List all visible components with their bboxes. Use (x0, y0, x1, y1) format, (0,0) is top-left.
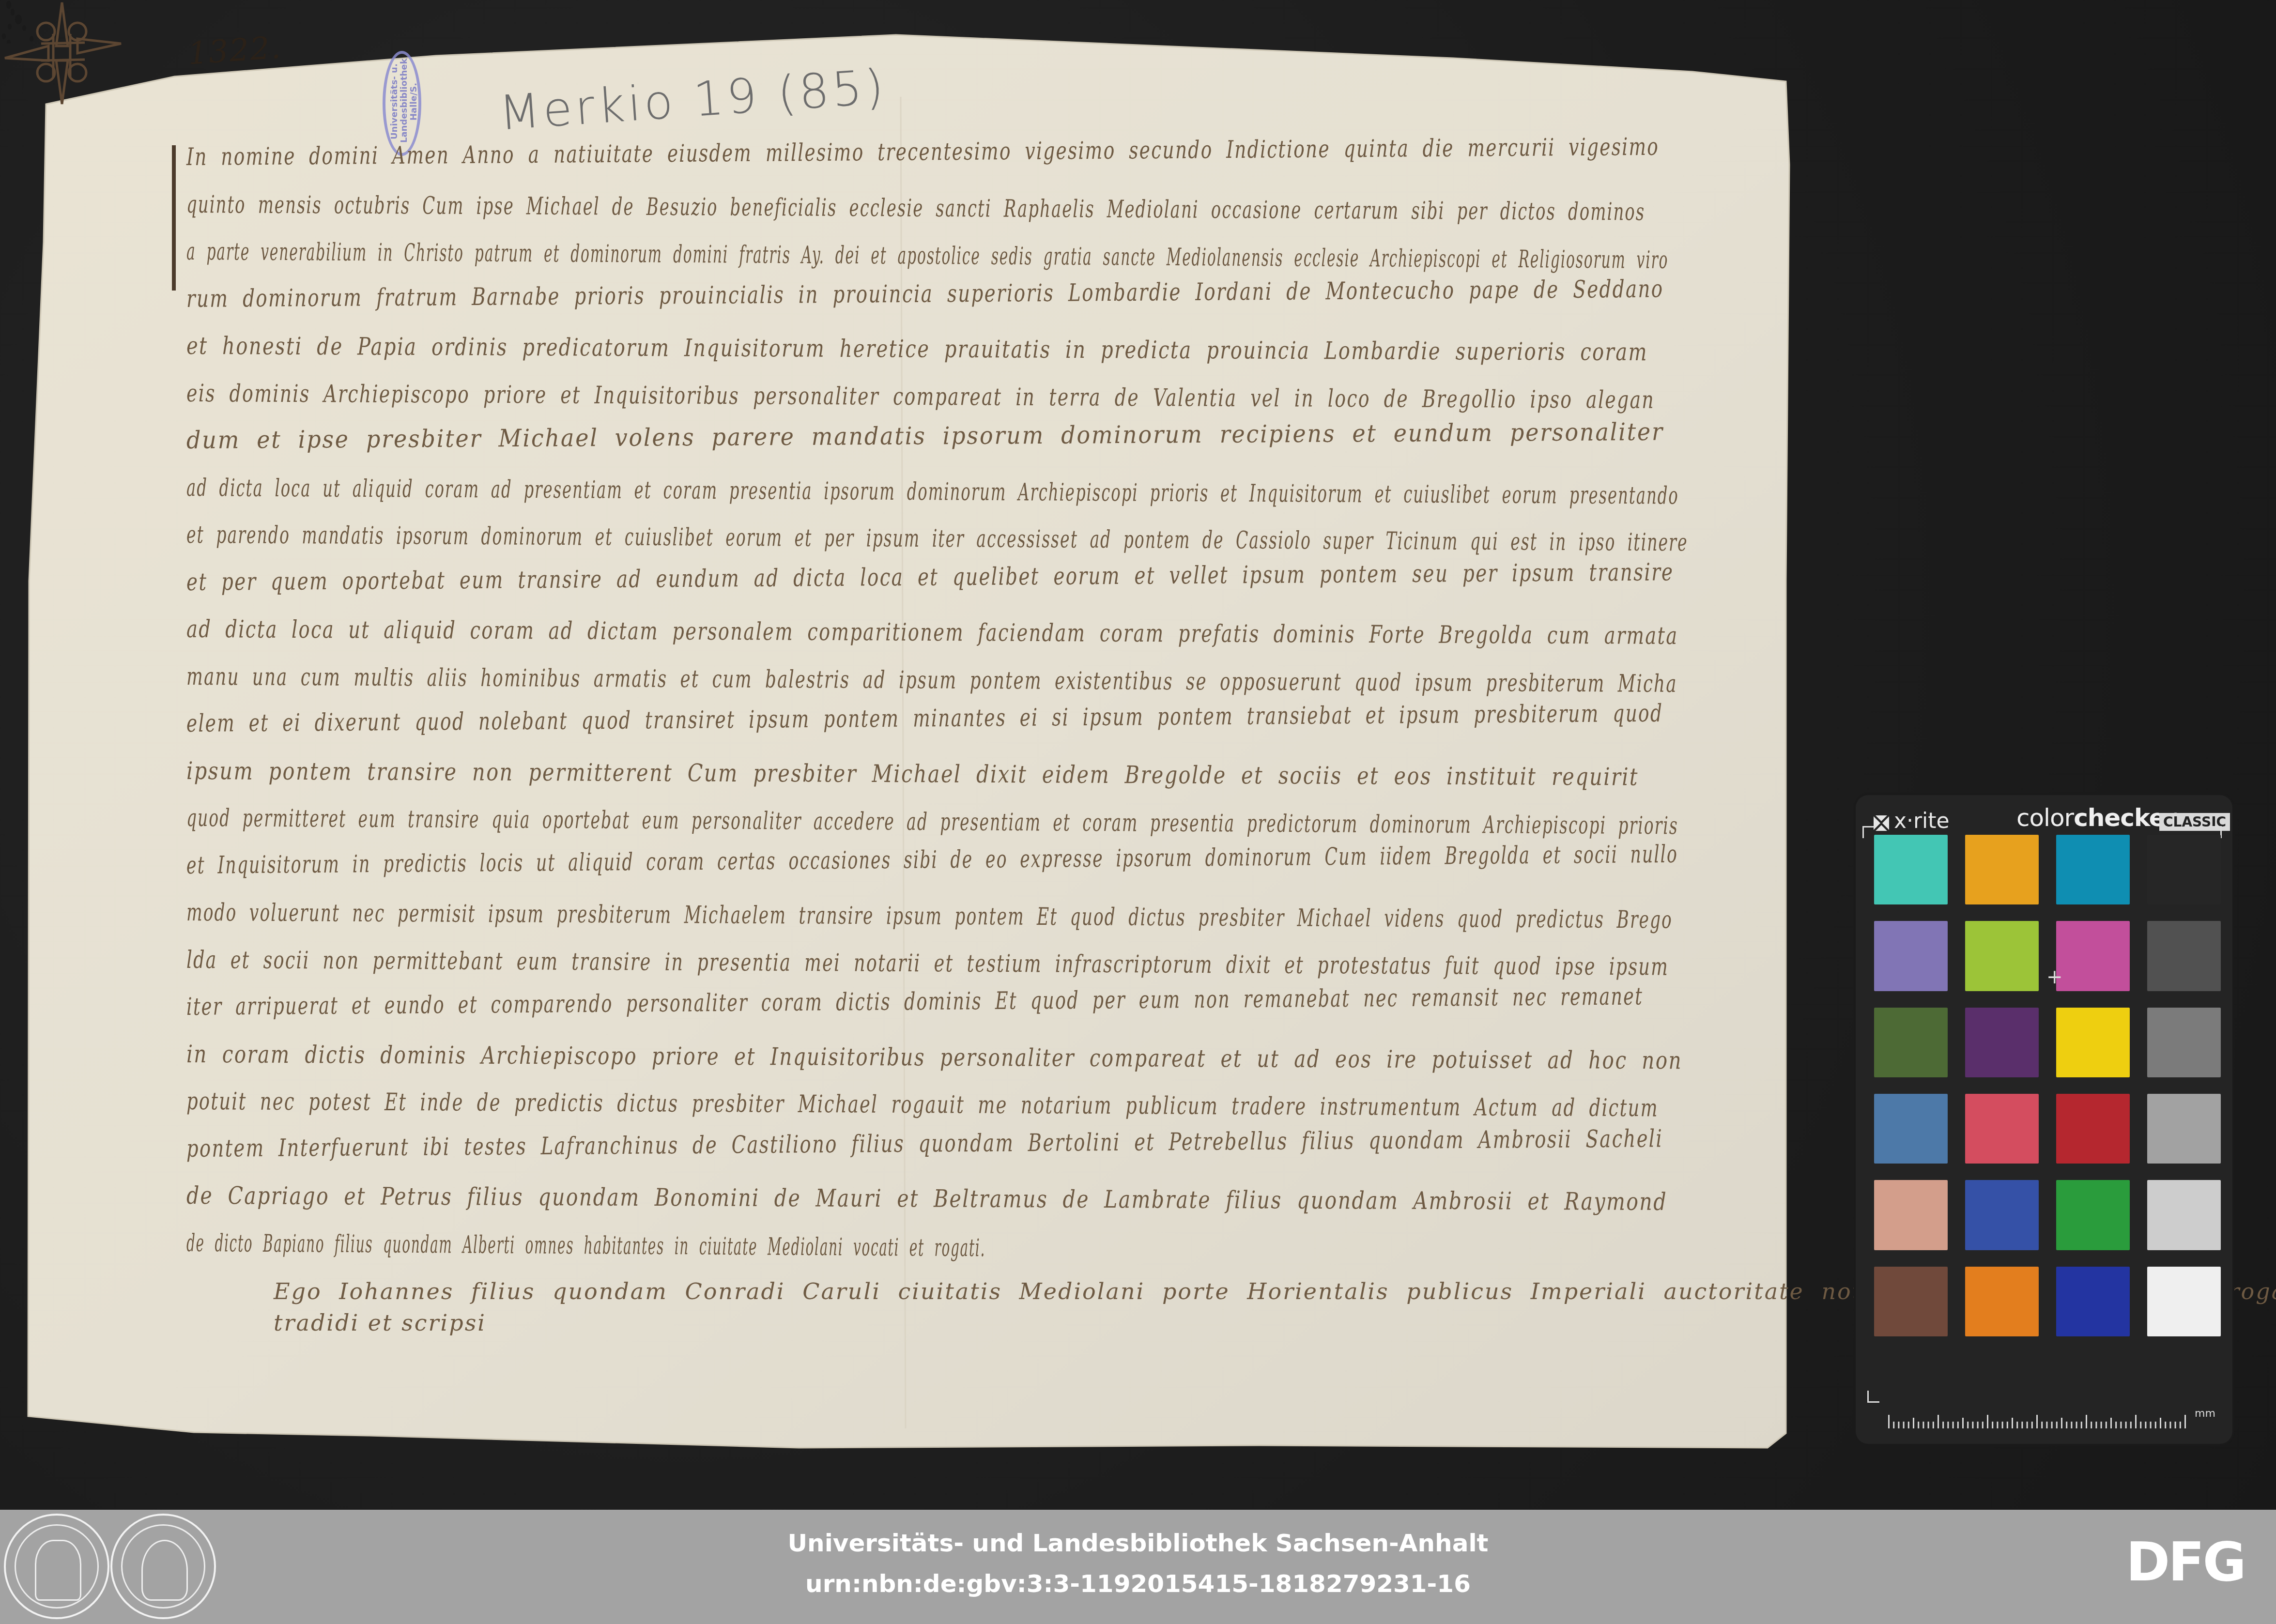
xrite-brand: x·rite (1873, 809, 1950, 833)
archival-year-note: 1322. (187, 30, 283, 72)
color-swatch (2147, 1094, 2221, 1164)
library-name: Universitäts- und Landesbibliothek Sachs… (0, 1529, 2276, 1557)
color-swatch (2056, 1267, 2130, 1336)
dfg-logo: DFG (2126, 1538, 2245, 1586)
color-swatch-grid (1874, 835, 2221, 1336)
color-swatch (1965, 1180, 2039, 1250)
color-swatch (1874, 921, 1948, 991)
color-swatch (2056, 1094, 2130, 1164)
mm-ruler (1887, 1415, 2187, 1428)
color-swatch (2056, 1180, 2130, 1250)
library-stamp-text: Universitäts- u. Landesbibliothek Halle/… (390, 61, 413, 143)
parchment-damage-holes (0, 0, 44, 44)
corner-mark-bl (1867, 1391, 1879, 1403)
color-swatch (2056, 835, 2130, 904)
title-light: color (2016, 804, 2074, 832)
footer-bar: Universitäts- und Landesbibliothek Sachs… (0, 1510, 2276, 1624)
color-swatch (1965, 1008, 2039, 1077)
color-swatch (2056, 1008, 2130, 1077)
manuscript-line: ipsum pontem transire non permitterent C… (186, 757, 1639, 791)
xrite-label: x·rite (1894, 809, 1950, 833)
color-swatch (2147, 1267, 2221, 1336)
color-swatch (1965, 1267, 2039, 1336)
colorchecker-title: colorchecker (2016, 804, 2176, 832)
notary-subscription-line-2: tradidi et scripsi (274, 1310, 486, 1336)
color-swatch (2056, 921, 2130, 991)
color-swatch (1874, 835, 1948, 904)
corner-mark-tl (1862, 826, 1875, 838)
urn-identifier: urn:nbn:de:gbv:3:3-1192015415-1818279231… (0, 1570, 2276, 1598)
color-checker-card: x·rite colorchecker CLASSIC + mm (1856, 795, 2232, 1444)
color-swatch (1874, 1180, 1948, 1250)
color-swatch (1874, 1008, 1948, 1077)
color-swatch (1965, 921, 2039, 991)
color-swatch (1874, 1267, 1948, 1336)
manuscript-line: de dicto Bapiano filius quondam Alberti … (186, 1229, 985, 1262)
color-swatch (2147, 835, 2221, 904)
color-swatch (2147, 1008, 2221, 1077)
color-swatch (1874, 1094, 1948, 1164)
crosshair-icon: + (2046, 967, 2063, 987)
ruler-unit-label: mm (2195, 1408, 2215, 1420)
color-swatch (2147, 921, 2221, 991)
color-swatch (2147, 1180, 2221, 1250)
color-swatch (1965, 1094, 2039, 1164)
xrite-logo-icon (1873, 812, 1890, 830)
color-swatch (1965, 835, 2039, 904)
